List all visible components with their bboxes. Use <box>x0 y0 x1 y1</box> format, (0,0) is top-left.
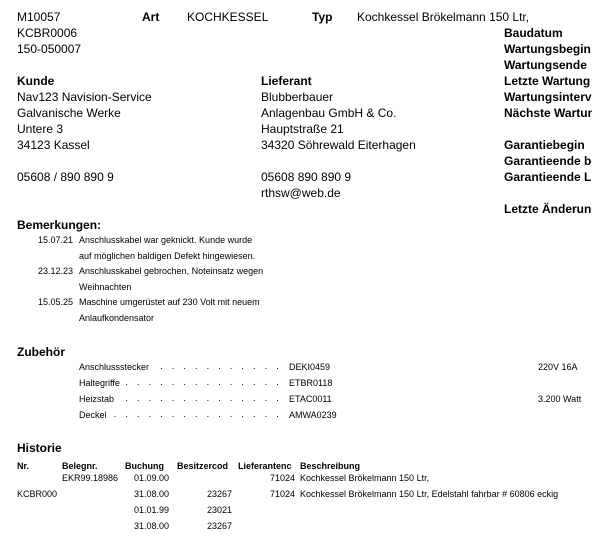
cell-beschreibung: Kochkessel Brökelmann 150 Ltr, Edelstahl… <box>300 488 558 500</box>
art-label: Art <box>142 9 159 25</box>
col-belegnr: Belegnr. <box>62 460 98 472</box>
baudatum-label: Baudatum <box>504 25 563 41</box>
cell-belegnr: EKR99.18986 <box>62 472 118 484</box>
equipment-number: M10057 <box>17 9 60 25</box>
kunde-phone: 05608 / 890 890 9 <box>17 169 114 185</box>
zubehoer-title: Zubehör <box>17 345 65 359</box>
bemerkung-text: Maschine umgerüstet auf 230 Volt mit neu… <box>79 296 260 308</box>
kunde-line: Galvanische Werke <box>17 105 121 121</box>
lieferant-line: Blubberbauer <box>261 89 333 105</box>
garantiebeginn-label: Garantiebegin <box>504 137 585 153</box>
lieferant-line: 34320 Söhrewald Eiterhagen <box>261 137 416 153</box>
zubehoer-code: DEKI0459 <box>289 361 330 373</box>
bemerkung-text: auf möglichen baldigen Defekt hingewiese… <box>79 250 255 262</box>
zubehoer-name: Deckel <box>79 409 109 421</box>
cell-besitzercode: 23021 <box>180 504 232 516</box>
zubehoer-name: Haltegriffe <box>79 377 122 389</box>
cell-lieferantencode: 71024 <box>240 488 295 500</box>
lieferant-label: Lieferant <box>261 73 312 89</box>
zubehoer-name: Anschlussstecker <box>79 361 151 373</box>
wartungsintervall-label: Wartungsinterv <box>504 89 592 105</box>
kunde-line: Untere 3 <box>17 121 63 137</box>
zubehoer-code: ETBR0118 <box>289 377 332 389</box>
typ-value: Kochkessel Brökelmann 150 Ltr, <box>357 9 529 25</box>
col-besitzercode: Besitzercod <box>177 460 228 472</box>
col-buchung: Buchung <box>125 460 164 472</box>
wartungsbeginn-label: Wartungsbegin <box>504 41 591 57</box>
zubehoer-name: Heizstab <box>79 393 116 405</box>
cell-buchung: 31.08.00 <box>134 488 169 500</box>
letzte-aenderung-label: Letzte Änderung <box>504 201 592 217</box>
bemerkung-date: 15.07.21 <box>38 234 73 246</box>
serial-number: 150-050007 <box>17 41 81 57</box>
kunde-label: Kunde <box>17 73 54 89</box>
letzte-wartung-label: Letzte Wartung <box>504 73 590 89</box>
col-nr: Nr. <box>17 460 29 472</box>
garantieende-b-label: Garantieende be <box>504 153 592 169</box>
bemerkung-text: Weihnachten <box>79 281 131 293</box>
art-value: KOCHKESSEL <box>187 9 268 25</box>
zubehoer-info: 3.200 Watt <box>538 393 581 405</box>
cell-nr: KCBR000 <box>17 488 57 500</box>
zubehoer-code: ETAC0011 <box>289 393 332 405</box>
cell-buchung: 31.08.00 <box>134 520 169 532</box>
zubehoer-info: 220V 16A <box>538 361 578 373</box>
bemerkungen-title: Bemerkungen: <box>17 218 101 232</box>
cell-lieferantencode: 71024 <box>240 472 295 484</box>
lieferant-line: Anlagenbau GmbH & Co. <box>261 105 396 121</box>
typ-label: Typ <box>312 9 332 25</box>
col-lieferantencode: Lieferantenc <box>238 460 292 472</box>
zubehoer-code: AMWA0239 <box>289 409 337 421</box>
cell-besitzercode: 23267 <box>180 520 232 532</box>
kunde-line: Nav123 Navision-Service <box>17 89 152 105</box>
col-beschreibung: Beschreibung <box>300 460 360 472</box>
naechste-wartung-label: Nächste Wartun <box>504 105 592 121</box>
bemerkung-text: Anlaufkondensator <box>79 312 154 324</box>
cell-buchung: 01.09.00 <box>134 472 169 484</box>
bemerkung-text: Anschlusskabel war geknickt. Kunde wurde <box>79 234 252 246</box>
lieferant-phone: 05608 890 890 9 <box>261 169 351 185</box>
cell-besitzercode: 23267 <box>180 488 232 500</box>
lieferant-email[interactable]: rthsw@web.de <box>261 185 341 201</box>
equipment-code: KCBR0006 <box>17 25 77 41</box>
bemerkung-date: 15.05.25 <box>38 296 73 308</box>
lieferant-line: Hauptstraße 21 <box>261 121 344 137</box>
kunde-line: 34123 Kassel <box>17 137 90 153</box>
wartungsende-label: Wartungsende <box>504 57 587 73</box>
bemerkung-text: Anschlusskabel gebrochen, Noteinsatz weg… <box>79 265 263 277</box>
garantieende-l-label: Garantieende Li <box>504 169 592 185</box>
leader-dots: . . . . . . . . . . . . . . . . . . . . … <box>79 409 285 419</box>
historie-title: Historie <box>17 441 62 455</box>
cell-buchung: 01.01.99 <box>134 504 169 516</box>
cell-beschreibung: Kochkessel Brökelmann 150 Ltr, <box>300 472 429 484</box>
bemerkung-date: 23.12.23 <box>38 265 73 277</box>
